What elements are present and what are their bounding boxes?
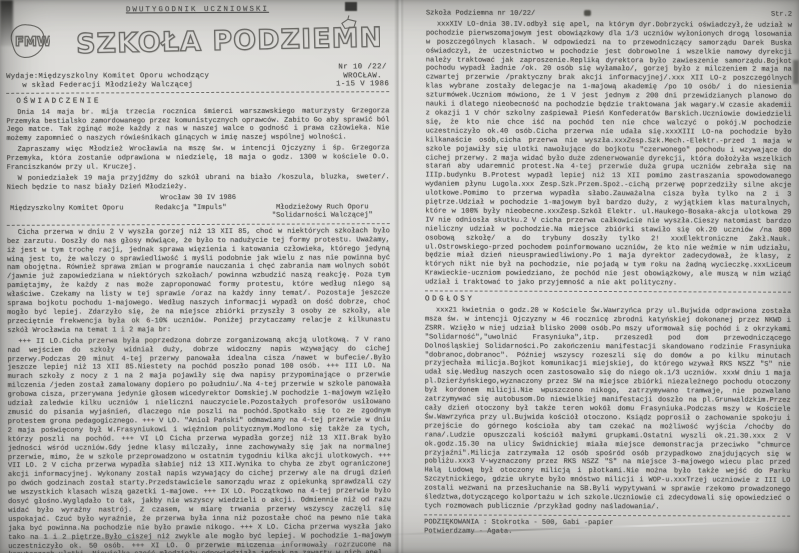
masthead-imprint-row: Wydaje:Międzyszkolny Komitet Oporu wchod… bbox=[6, 63, 389, 93]
masthead-title-art: SZKOŁA PODZIEMNA bbox=[50, 15, 380, 64]
masthead-tagline: DWUTYGODNIK UCZNIOWSKI bbox=[126, 6, 269, 15]
signature-row: Międzyszkolny Komitet Oporu Redakcja "Im… bbox=[7, 203, 390, 226]
confirm-line: Potwierdzamy - Agata. bbox=[424, 527, 790, 537]
publisher-line-2: w skład Federacji Młodzieży Walczącej bbox=[6, 81, 209, 91]
running-title: Szkoła Podziemna nr 10/22/ bbox=[426, 9, 535, 18]
fmw-logo-text: FMW bbox=[15, 35, 50, 50]
acknowledgements: PODZIĘKOWANIA : Stokrotka - 500, Gabi -p… bbox=[424, 518, 790, 538]
publisher-info: Wydaje:Międzyszkolny Komitet Oporu wchod… bbox=[6, 72, 209, 91]
report-paragraph-1: Cicha przerwa w dniu 2 V wyszła gorzej n… bbox=[7, 227, 390, 336]
issue-number: Nr 10 /22/ bbox=[336, 63, 389, 72]
publisher-line-1: Wydaje:Międzyszkolny Komitet Oporu wchod… bbox=[6, 72, 209, 82]
statement-heading: OŚWIADCZENIE bbox=[16, 96, 389, 107]
scanned-document: DWUTYGODNIK UCZNIOWSKI FMW SZKOŁA PODZIE… bbox=[0, 0, 799, 553]
odglosy-heading: ODGŁOSY bbox=[425, 295, 791, 305]
issue-info: Nr 10 /22/ WROCŁAW. 1-15 V 1986 bbox=[336, 63, 389, 89]
section-separator bbox=[425, 290, 791, 292]
masthead: DWUTYGODNIK UCZNIOWSKI bbox=[6, 5, 389, 16]
statement-dateline: Wrocław 30 IV 1986 bbox=[7, 193, 390, 204]
signatory-committee: Międzyszkolny Komitet Oporu bbox=[7, 204, 127, 213]
page-2: Szkoła Podziemna nr 10/22/ Str.2 xxxXIV … bbox=[398, 0, 799, 553]
issue-city: WROCŁAW. bbox=[336, 72, 389, 81]
masthead-title: SZKOŁA PODZIEMNA bbox=[76, 22, 380, 60]
signatory-editorial: Redakcja "Impuls" bbox=[136, 203, 246, 212]
statement-paragraph-1: Dnia 14 maja br. mija trzecia rocznica ś… bbox=[6, 107, 389, 144]
page-number: Str.2 bbox=[771, 11, 792, 20]
schools-report-paragraph: xxxXIV LO-dnia 30.IV.odbył się apel, na … bbox=[425, 20, 792, 288]
page-1: DWUTYGODNIK UCZNIOWSKI FMW SZKOŁA PODZIE… bbox=[0, 0, 400, 553]
statement-paragraph-2: Zapraszamy więc Młodzież Wrocławia na ms… bbox=[6, 144, 389, 172]
signatory-youth-movement: Młodzieżowy Ruch Oporu "Solidarności Wal… bbox=[255, 203, 390, 221]
issue-date-range: 1-15 V 1986 bbox=[336, 80, 389, 89]
statement-paragraph-3: W poniedziałek 19 maja przyjdźmy do szkó… bbox=[7, 173, 390, 192]
page-fold-crease bbox=[394, 0, 404, 553]
odglosy-paragraph: xxx21 kwietnia o godz.20 w Kościele Św.W… bbox=[424, 306, 791, 512]
fmw-logo-icon: FMW bbox=[6, 19, 50, 63]
report-paragraph-2: +++ II LO.Cicha przerwa była poprzedzona… bbox=[7, 336, 391, 553]
masthead-title-row: FMW SZKOŁA PODZIEMNA bbox=[6, 15, 389, 65]
footer-separator bbox=[424, 514, 790, 516]
page-2-header: Szkoła Podziemna nr 10/22/ Str.2 bbox=[426, 9, 792, 19]
